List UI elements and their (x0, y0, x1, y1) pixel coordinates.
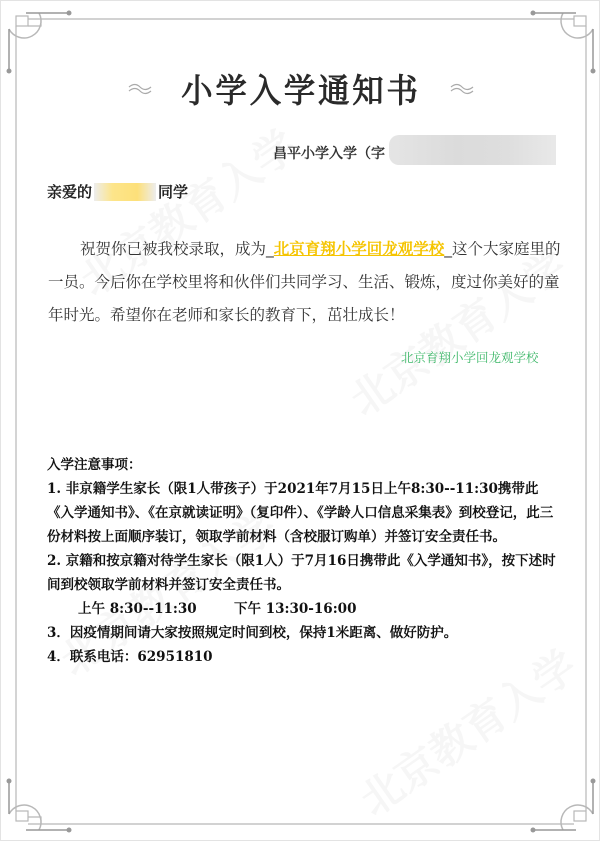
swirl-ornament-icon (127, 81, 153, 95)
notes-heading: 入学注意事项： (47, 453, 562, 477)
note-item-3: 3．因疫情期间请大家按照规定时间到校，保持1米距离、做好防护。 (47, 621, 562, 645)
blank-left: _ (266, 240, 274, 258)
greeting: 亲爱的 同学 (47, 181, 188, 202)
page-title: 小学入学通知书 (181, 65, 420, 112)
admission-notice-page: 北京教育入学 北京教育入学 北京教育入学 北京教育入学 (0, 0, 600, 841)
note-item-2: 2. 京籍和按京籍对待学生家长（限1人）于7月16日携带此《入学通知书》，按下述… (47, 549, 562, 597)
blank-right: _ (444, 240, 452, 258)
reference-number: 昌平小学入学（字 (273, 143, 385, 163)
pm-label: 下午 (234, 601, 261, 617)
admission-notes: 入学注意事项： 1. 非京籍学生家长（限1人带孩子）于2021年7月15日上午8… (47, 453, 562, 669)
pm-time: 13:30-16:00 (266, 601, 357, 617)
school-signature: 北京育翔小学回龙观学校 (401, 348, 539, 366)
body-text-1: 祝贺你已被我校录取，成为 (80, 240, 266, 258)
title-row: 小学入学通知书 (1, 63, 600, 113)
redacted-student-name (94, 183, 156, 201)
greeting-prefix: 亲爱的 (47, 181, 92, 202)
redacted-reference (389, 135, 556, 165)
school-name-link[interactable]: 北京育翔小学回龙观学校 (274, 240, 445, 258)
note-item-4: 4．联系电话：62951810 (47, 645, 562, 669)
note-item-1: 1. 非京籍学生家长（限1人带孩子）于2021年7月15日上午8:30--11:… (47, 477, 562, 549)
greeting-suffix: 同学 (158, 181, 188, 202)
am-label: 上午 (78, 601, 105, 617)
congratulation-paragraph: 祝贺你已被我校录取，成为_北京育翔小学回龙观学校_这个大家庭里的一员。今后你在学… (48, 233, 563, 332)
am-time: 8:30--11:30 (110, 601, 197, 617)
pickup-times: 上午 8:30--11:30 下午 13:30-16:00 (47, 597, 562, 621)
decorative-border-frame (1, 1, 600, 841)
swirl-ornament-icon (449, 81, 475, 95)
